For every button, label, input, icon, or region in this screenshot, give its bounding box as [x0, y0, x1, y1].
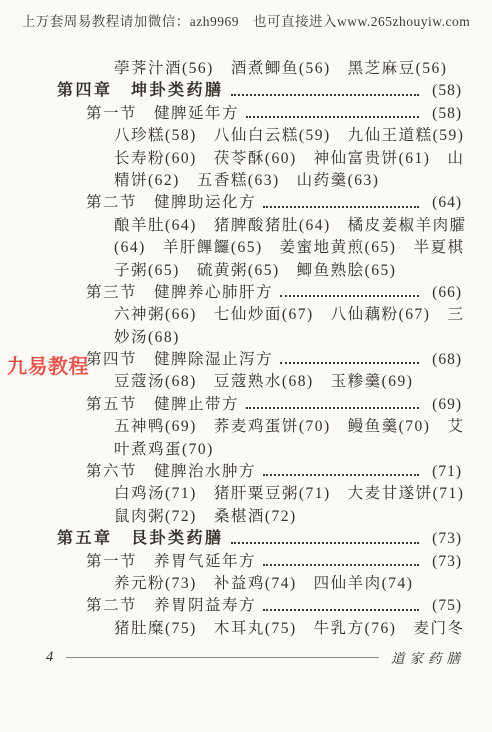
toc-items-text: 精饼(62) 五香糕(63) 山药羹(63)	[114, 170, 379, 192]
toc-section-title: 第二节 养胃阴益寿方	[86, 595, 256, 617]
toc-chapter-row: 第五章 艮卦类药膳 (73)	[0, 528, 462, 550]
toc-items-text: 子粥(65) 硫黄粥(65) 鲫鱼熟脍(65)	[114, 260, 396, 282]
toc-chapter-title: 第四章 坤卦类药膳	[57, 80, 224, 102]
toc-section-title: 第三节 健脾养心肺肝方	[86, 282, 273, 304]
toc-items-text: 豆蔻汤(68) 豆蔻熟水(68) 玉糁羹(69)	[114, 371, 413, 393]
toc-items-row: 荸荠汁酒(56) 酒煮鲫鱼(56) 黑芝麻豆(56)	[0, 58, 462, 80]
toc-items-row: 白鸡汤(71) 猪肝粟豆粥(71) 大麦甘遂饼(71)	[0, 483, 462, 505]
toc-page-number: (58)	[424, 103, 462, 125]
toc-items-text: (64) 羊肝饆饠(65) 姜蜜地黄煎(65) 半夏棋	[114, 237, 464, 259]
toc-page-number: (73)	[424, 551, 462, 573]
toc-section-row: 第六节 健脾治水肿方 (71)	[0, 461, 462, 483]
toc-items-row: 长寿粉(60) 茯苓酥(60) 神仙富贵饼(61) 山	[0, 148, 462, 170]
dot-leader	[263, 564, 419, 566]
toc-items-row: 养元粉(73) 补益鸡(74) 四仙羊肉(74)	[0, 573, 462, 595]
toc-items-text: 养元粉(73) 补益鸡(74) 四仙羊肉(74)	[114, 573, 413, 595]
toc-items-text: 酿羊肚(64) 猪脾酸猪肚(64) 橘皮姜椒羊肉臛	[114, 215, 467, 237]
toc-page-number: (66)	[424, 282, 462, 304]
toc-section-title: 第一节 养胃气延年方	[86, 551, 256, 573]
watermark: 九易教程	[7, 350, 89, 379]
toc-chapter-row: 第四章 坤卦类药膳 (58)	[0, 80, 462, 102]
dot-leader	[231, 94, 419, 96]
toc-section-row: 第一节 健脾延年方 (58)	[0, 103, 462, 125]
toc-section-title: 第五节 健脾止带方	[86, 394, 239, 416]
toc-section-row: 第二节 健脾助运化方 (64)	[0, 192, 462, 214]
toc-page-number: (58)	[424, 80, 462, 102]
toc-items-row: 叶煮鸡蛋(70)	[0, 439, 462, 461]
toc-items-text: 长寿粉(60) 茯苓酥(60) 神仙富贵饼(61) 山	[114, 148, 464, 170]
toc-items-row: 妙汤(68)	[0, 327, 462, 349]
toc-items-row: 八珍糕(58) 八仙白云糕(59) 九仙王道糕(59)	[0, 125, 462, 147]
toc-page-number: (64)	[424, 192, 462, 214]
toc-items-text: 六神粥(66) 七仙炒面(67) 八仙藕粉(67) 三	[114, 304, 464, 326]
toc-section-row: 第二节 养胃阴益寿方 (75)	[0, 595, 462, 617]
header-promo-text: 上万套周易教程请加微信：azh9969 也可直接进入www.265zhouyiw…	[0, 10, 492, 30]
footer-page-number: 4	[46, 649, 53, 666]
toc-items-text: 猪肚糜(75) 木耳丸(75) 牛乳方(76) 麦门冬	[114, 618, 464, 640]
toc-items-text: 鼠肉粥(72) 桑椹酒(72)	[114, 506, 297, 528]
toc-page-number: (71)	[424, 461, 462, 483]
toc-items-row: 鼠肉粥(72) 桑椹酒(72)	[0, 506, 462, 528]
toc-section-title: 第六节 健脾治水肿方	[86, 461, 256, 483]
toc-chapter-title: 第五章 艮卦类药膳	[57, 528, 224, 550]
page-footer: 4 道家药膳	[0, 648, 465, 666]
toc-section-title: 第二节 健脾助运化方	[86, 192, 256, 214]
toc-section-title: 第四节 健脾除湿止泻方	[86, 349, 273, 371]
toc-items-row: 子粥(65) 硫黄粥(65) 鲫鱼熟脍(65)	[0, 260, 462, 282]
dot-leader	[246, 116, 419, 118]
dot-leader	[231, 542, 419, 544]
toc-section-row: 第三节 健脾养心肺肝方 (66)	[0, 282, 462, 304]
toc-section-row: 第五节 健脾止带方 (69)	[0, 394, 462, 416]
dot-leader	[263, 206, 419, 208]
toc-items-row: 五神鸭(69) 荞麦鸡蛋饼(70) 鳗鱼羹(70) 艾	[0, 416, 462, 438]
toc-items-row: 酿羊肚(64) 猪脾酸猪肚(64) 橘皮姜椒羊肉臛	[0, 215, 462, 237]
dot-leader	[246, 407, 419, 409]
dot-leader	[263, 609, 419, 611]
toc-items-text: 八珍糕(58) 八仙白云糕(59) 九仙王道糕(59)	[114, 125, 464, 147]
toc-items-text: 妙汤(68)	[114, 327, 180, 349]
toc-items-text: 五神鸭(69) 荞麦鸡蛋饼(70) 鳗鱼羹(70) 艾	[114, 416, 464, 438]
toc-section-row: 第一节 养胃气延年方 (73)	[0, 551, 462, 573]
dot-leader	[263, 474, 419, 476]
toc-items-text: 白鸡汤(71) 猪肝粟豆粥(71) 大麦甘遂饼(71)	[114, 483, 464, 505]
toc-items-row: 猪肚糜(75) 木耳丸(75) 牛乳方(76) 麦门冬	[0, 618, 462, 640]
toc-items-row: 精饼(62) 五香糕(63) 山药羹(63)	[0, 170, 462, 192]
toc-items-row: (64) 羊肝饆饠(65) 姜蜜地黄煎(65) 半夏棋	[0, 237, 462, 259]
toc-page-number: (69)	[424, 394, 462, 416]
toc-page-number: (75)	[424, 595, 462, 617]
toc-page-number: (73)	[424, 528, 462, 550]
dot-leader	[280, 362, 419, 364]
footer-rule	[66, 657, 379, 658]
toc-page-number: (68)	[424, 349, 462, 371]
toc-section-title: 第一节 健脾延年方	[86, 103, 239, 125]
toc-items-text: 叶煮鸡蛋(70)	[114, 439, 214, 461]
footer-book-title: 道家药膳	[391, 647, 465, 667]
toc-items-text: 荸荠汁酒(56) 酒煮鲫鱼(56) 黑芝麻豆(56)	[114, 58, 447, 80]
toc-items-row: 六神粥(66) 七仙炒面(67) 八仙藕粉(67) 三	[0, 304, 462, 326]
dot-leader	[280, 295, 419, 297]
